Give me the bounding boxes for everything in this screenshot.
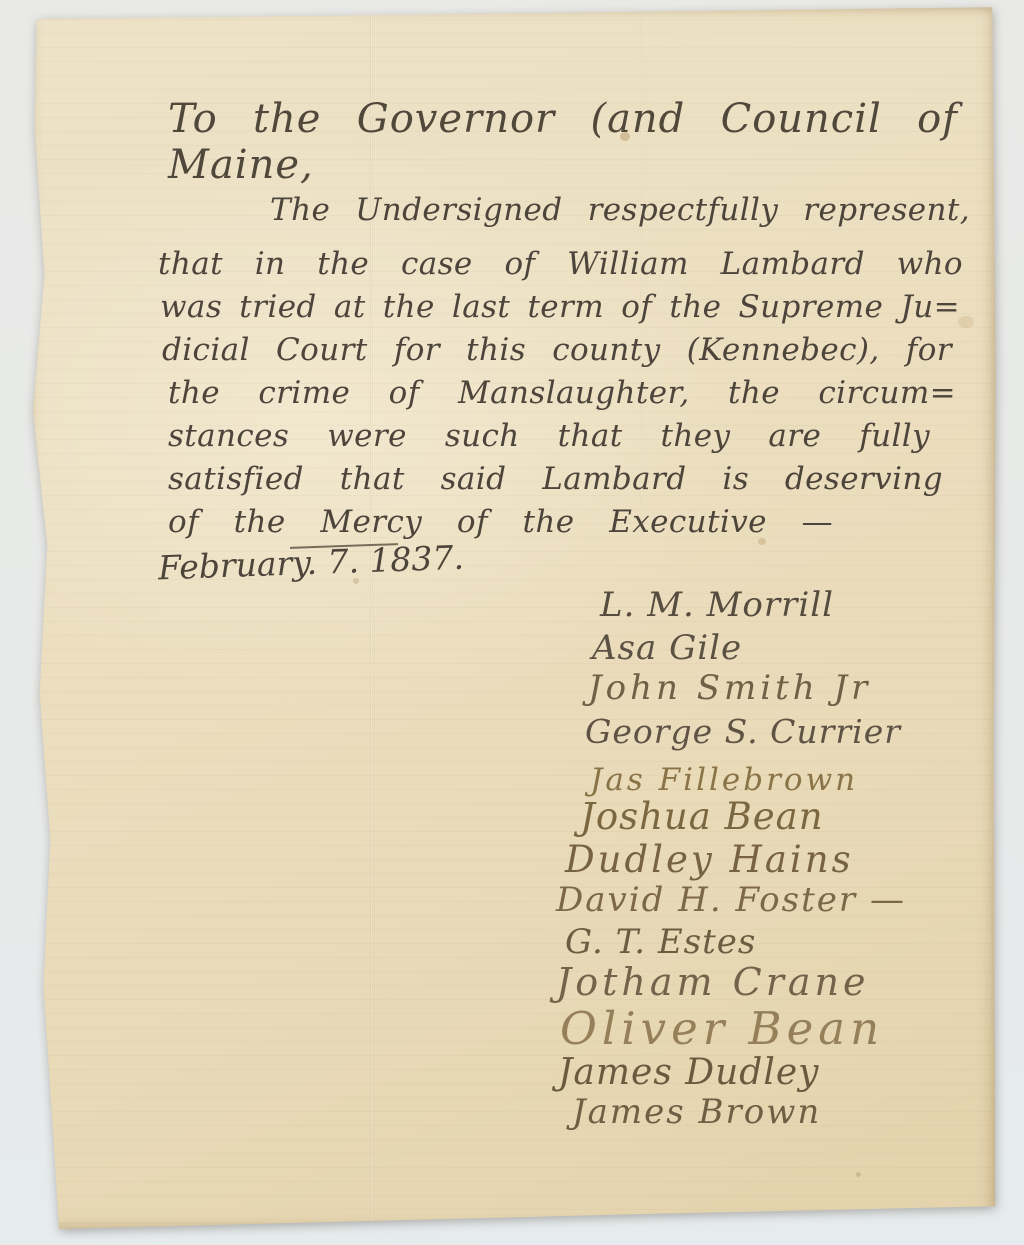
body-line-3: was tried at the last term of the Suprem… bbox=[160, 289, 960, 325]
signature-joshua-bean: Joshua Bean bbox=[580, 795, 824, 838]
body-line-1: The Undersigned respectfully represent, bbox=[270, 192, 970, 228]
signature-dudley-hains: Dudley Hains bbox=[565, 838, 854, 881]
body-line-2: that in the case of William Lambard who bbox=[158, 246, 963, 282]
document-title-line: To the Governor (and Council of Maine, bbox=[168, 96, 958, 188]
body-line-4: dicial Court for this county (Kennebec),… bbox=[162, 332, 952, 368]
vertical-fold-crease-main bbox=[370, 6, 373, 1232]
body-line-7: satisfied that said Lambard is deserving bbox=[168, 461, 943, 497]
body-line-8: of the Mercy of the Executive — bbox=[168, 504, 833, 540]
signature-oliver-bean: Oliver Bean bbox=[560, 1002, 884, 1055]
signature-james-dudley: James Dudley bbox=[558, 1052, 820, 1093]
signature-james-brown: James Brown bbox=[572, 1092, 821, 1132]
signature-l-m-morrill: L. M. Morrill bbox=[600, 585, 834, 625]
signature-john-smith-jr: John Smith Jr bbox=[588, 668, 871, 708]
signature-jotham-crane: Jotham Crane bbox=[556, 960, 869, 1004]
stain-spot bbox=[856, 1172, 861, 1177]
scan-background: To the Governor (and Council of Maine, T… bbox=[0, 0, 1024, 1245]
signature-g-t-estes: G. T. Estes bbox=[565, 922, 756, 962]
signature-david-h-foster: David H. Foster — bbox=[556, 880, 906, 920]
signature-jas-fillebrown: Jas Fillebrown bbox=[590, 762, 858, 798]
signature-asa-gile: Asa Gile bbox=[592, 628, 742, 668]
vertical-fold-crease-right bbox=[976, 6, 979, 1232]
body-line-6: stances were such that they are fully bbox=[168, 418, 930, 454]
body-line-5: the crime of Manslaughter, the circum= bbox=[168, 375, 956, 411]
stain-spot bbox=[958, 316, 974, 328]
signature-george-s-currier: George S. Currier bbox=[585, 712, 901, 751]
